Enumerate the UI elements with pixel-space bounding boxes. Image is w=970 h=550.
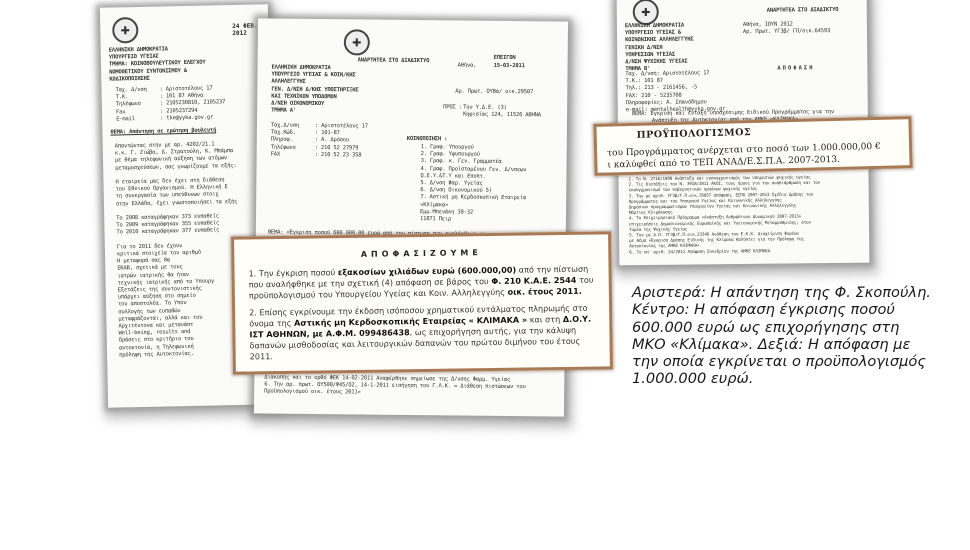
left-header: ΕΛΛΗΝΙΚΗ ΔΗΜΟΚΡΑΤΙΑΥΠΟΥΡΓΕΙΟ ΥΓΕΙΑΣΤΜΗΜΑ… bbox=[109, 46, 206, 84]
right-header: ΕΛΛΗΝΙΚΗ ΔΗΜΟΚΡΑΤΙΑΥΠΟΥΡΓΕΙΟ ΥΓΕΙΑΣ &ΚΟΙ… bbox=[625, 23, 694, 74]
cc-item: 11871 Πειρ bbox=[420, 216, 526, 224]
center-to-label: ΠΡΟΣ : bbox=[443, 104, 462, 111]
photo-caption: Αριστερά: Η απάντηση της Φ. Σκοπούλη. Κέ… bbox=[632, 284, 932, 388]
center-header: ΕΛΛΗΝΙΚΗ ΔΗΜΟΚΡΑΤΙΑΥΠΟΥΡΓΕΙΟ ΥΓΕΙΑΣ & ΚΟ… bbox=[271, 65, 359, 116]
decision-heading: ΑΠΟΦΑΣΙΖΟΥΜΕ bbox=[248, 247, 594, 261]
decision-highlight-box: ΑΠΟΦΑΣΙΖΟΥΜΕ 1. Την έγκριση ποσού εξακοσ… bbox=[231, 231, 613, 374]
header-line: ΤΜΗΜΑ Α' bbox=[271, 108, 358, 116]
center-place: Αθήνα, bbox=[458, 62, 477, 69]
budget-highlight-box: ΠΡΟΫΠΟΛΟΓΙΣΜΟΣ του Προγράμματος ανέρχετα… bbox=[593, 116, 912, 176]
right-title: ΑΠΟΦΑΣΗ bbox=[777, 65, 814, 73]
header-line: Δ/ΝΣΗ ΨΥΧΙΚΗΣ ΥΓΕΙΑΣ bbox=[625, 59, 694, 67]
greek-coat-of-arms-icon: ✚ bbox=[633, 0, 659, 25]
greek-coat-of-arms-icon: ✚ bbox=[112, 17, 139, 44]
center-footer: Διακοπής και το ορθό ΦΕΚ 14-02-2011 Αναφ… bbox=[264, 374, 526, 398]
center-protocol: Αρ. Πρωτ. ΟΥΒα/ οικ.29507 bbox=[455, 88, 533, 96]
center-posting-label: ΑΝΑΡΤΗΤΕΑ ΣΤΟ ΔΙΑΔΙΚΤΥΟ bbox=[358, 57, 430, 65]
center-cc-list: 1. Γραφ. Υπουργού2. Γραφ. Υφυπουργού3. Γ… bbox=[420, 144, 527, 224]
left-subject: ΘΕΜΑ: Απάντηση σε ερώτηση βουλευτή bbox=[110, 127, 216, 136]
right-protocol: Αρ. Πρωτ. ΥΓ3β/ ΓΠ/οικ.64593 bbox=[743, 28, 830, 36]
right-contact: Ταχ. Δ/νση: Αριστοτέλους 17Τ.Κ.: 101 87Τ… bbox=[625, 70, 725, 114]
center-to: Την Υ.Δ.Ε. (3)Κηφισίας 124, 11526 ΑΘΗΝΑ bbox=[463, 105, 541, 120]
contact-line: FAX: 210 52 23 358 bbox=[271, 151, 368, 159]
budget-heading: ΠΡΟΫΠΟΛΟΓΙΣΜΟΣ bbox=[637, 123, 899, 140]
center-date: 15-03-2011 bbox=[494, 63, 525, 71]
greek-coat-of-arms-icon: ✚ bbox=[344, 29, 370, 55]
decision-item-1: 1. Την έγκριση ποσού εξακοσίων χιλιάδων … bbox=[249, 264, 595, 302]
left-contact: Ταχ. Δ/νση: Αριστοτέλους 17Τ.Κ.: 101 87 … bbox=[116, 85, 226, 123]
center-cc-label: ΚΟΙΝΟΠΟΙΗΣΗ : bbox=[407, 136, 448, 144]
center-contact: Ταχ.Δ/νση: Αριστοτέλους 17Ταχ.Κώδ.: 101-… bbox=[271, 123, 368, 160]
header-line: ΚΟΙΝΩΝΙΚΗΣ ΑΛΛΗΛΕΓΓΥΗΣ bbox=[625, 37, 694, 45]
left-body: Απαντώντας στην με αρ. 4202/21.1κ.κ. Γ. … bbox=[115, 141, 241, 360]
recipient-line: Κηφισίας 124, 11526 ΑΘΗΝΑ bbox=[463, 112, 541, 120]
center-urgency: ΕΠΕΙΓΟΝ bbox=[494, 55, 516, 62]
list-line: 6. Το υπ' αριθ. 24/2011 Απόφαση Συνεδρίο… bbox=[629, 248, 821, 256]
header-line: ΚΩΔΙΚΟΠΟΙΗΣΗΣ bbox=[109, 74, 206, 83]
right-list: 1. Το Ν. 2716/1999 Ανάπτυξη και εκσυγχρο… bbox=[628, 175, 821, 256]
body-line: πρόληψη της Αυτοκτονίας. bbox=[119, 350, 240, 360]
decision-item-2: 2. Επίσης εγκρίνουμε την έκδοση ισόποσου… bbox=[249, 303, 596, 363]
right-posting-label: ΑΝΑΡΤΗΤΕΑ ΣΤΟ ΔΙΑΔΙΚΤΥΟ bbox=[767, 7, 839, 15]
contact-line: E-mail: tke@yyka.gov.gr bbox=[116, 114, 225, 123]
